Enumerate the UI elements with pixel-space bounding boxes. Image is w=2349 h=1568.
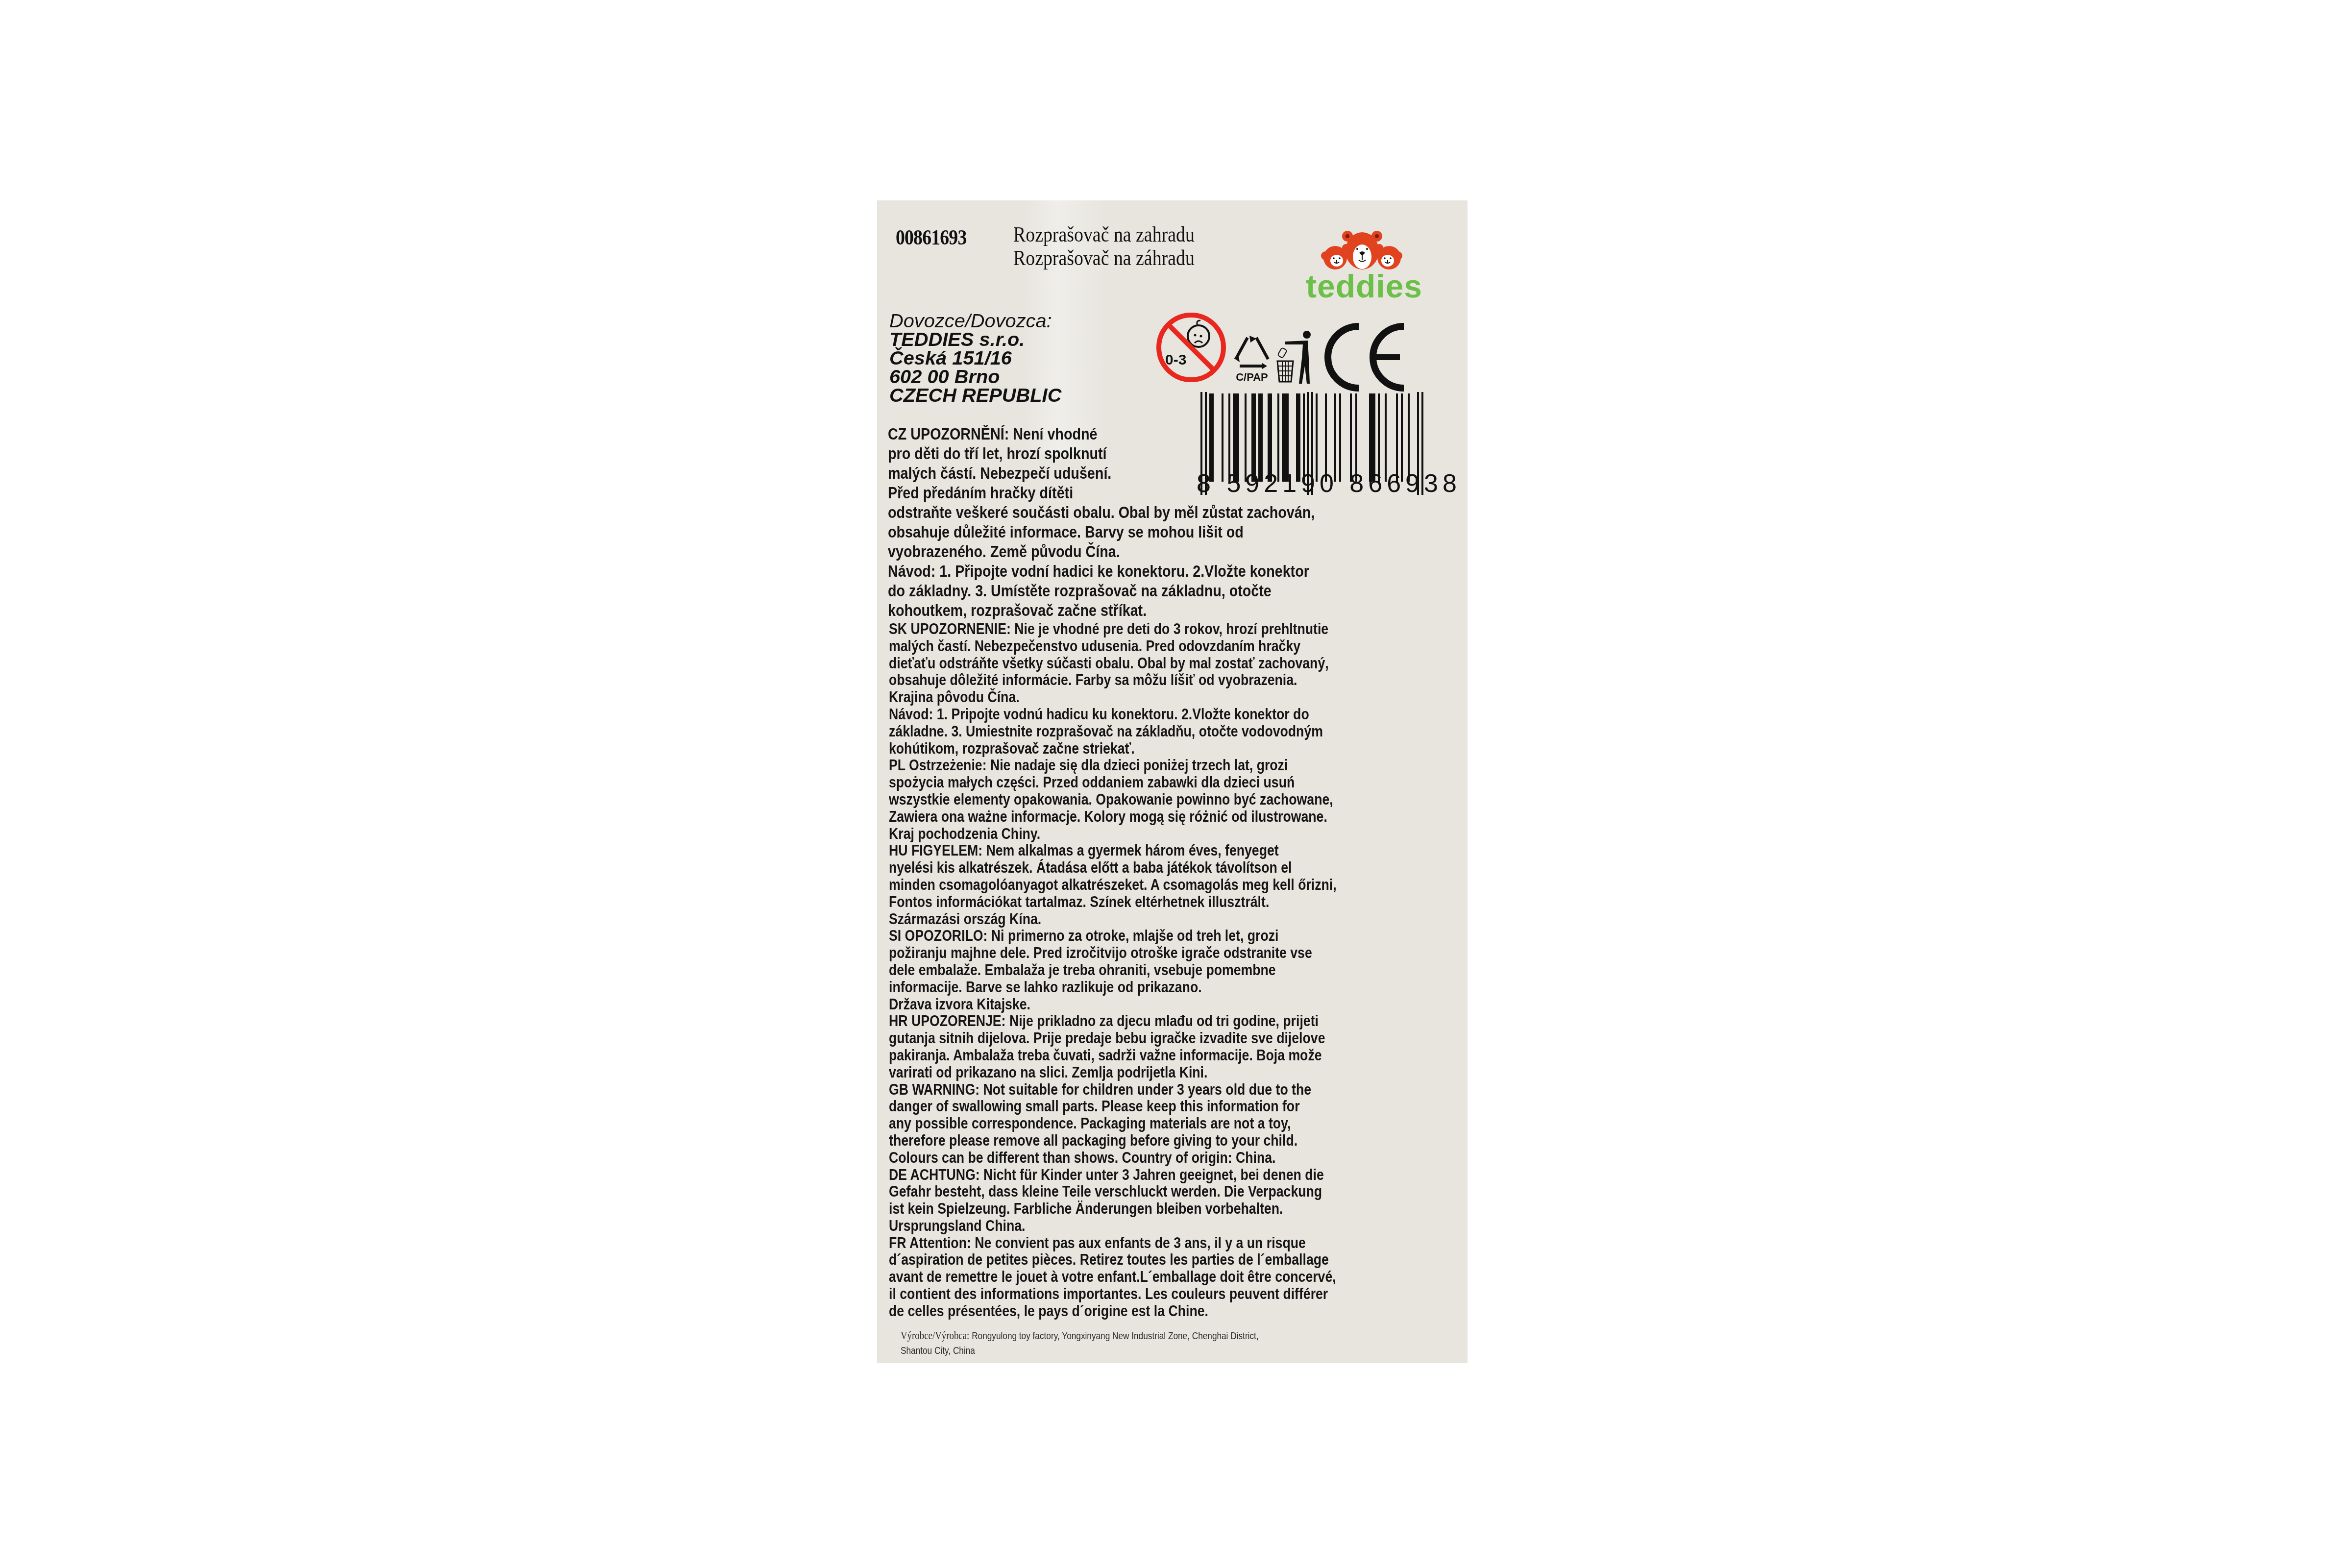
text-line: kohoutkem, rozprašovač začne stříkat. [888,601,1315,620]
text-line: dieťaťu odstráňte všetky súčasti obalu. … [889,655,1337,672]
manufacturer-info: Výrobce/Výrobca: Rongyulong toy factory,… [901,1328,1259,1358]
text-line: Návod: 1. Pripojte vodnú hadicu ku konek… [889,706,1337,723]
text-line: any possible correspondence. Packaging m… [889,1115,1337,1132]
text-line: spożycia małych części. Przed oddaniem z… [889,774,1337,791]
manufacturer-line1: Rongyulong toy factory, Yongxinyang New … [972,1330,1258,1342]
manufacturer-label: Výrobce/Výrobca: [901,1329,969,1342]
text-line: GB WARNING: Not suitable for children un… [889,1081,1337,1099]
text-line: minden csomagolóanyagot alkatrészeket. A… [889,877,1337,894]
text-line: therefore please remove all packaging be… [889,1132,1337,1150]
text-line: danger of swallowing small parts. Please… [889,1098,1337,1115]
text-line: základne. 3. Umiestnite rozprašovač na z… [889,723,1337,740]
svg-text:C/PAP: C/PAP [1236,371,1268,383]
not-for-children-0-3-icon: 0-3 [1154,311,1228,384]
text-line: d´aspiration de petites pièces. Retirez … [889,1251,1337,1269]
ce-mark-icon [1321,320,1406,394]
text-line: DE ACHTUNG: Nicht für Kinder unter 3 Jah… [889,1167,1337,1184]
text-line: il contient des informations importantes… [889,1286,1337,1303]
tidyman-bin-icon [1276,329,1316,385]
text-line: HR UPOZORENJE: Nije prikladno za djecu m… [889,1013,1337,1030]
text-line: gutanja sitnih dijelova. Prije predaje b… [889,1030,1337,1047]
item-number: 00861693 [896,225,966,250]
text-line: HU FIGYELEM: Nem alkalmas a gyermek háro… [889,842,1337,859]
text-line: malých častí. Nebezpečenstvo udusenia. P… [889,638,1337,655]
text-line: Gefahr besteht, dass kleine Teile versch… [889,1183,1337,1200]
text-line: avant de remettre le jouet à votre enfan… [889,1269,1337,1286]
text-line: de celles présentées, le pays d´origine … [889,1303,1337,1320]
warning-text-multilang: SK UPOZORNENIE: Nie je vhodné pre deti d… [889,621,1409,1320]
text-line: kohútikom, rozprašovač začne striekať. [889,740,1337,758]
text-line: dele embalaže. Embalaža je treba ohranit… [889,962,1337,979]
text-line: varirati od prikazano na slici. Zemlja p… [889,1064,1337,1081]
text-line: požiranju majhne dele. Pred izročitvijo … [889,945,1337,962]
text-line: pakiranja. Ambalaža treba čuvati, sadrži… [889,1047,1337,1064]
text-line: Zawiera ona ważne informacje. Kolory mog… [889,808,1337,826]
text-line: FR Attention: Ne convient pas aux enfant… [889,1235,1337,1252]
text-line: SI OPOZORILO: Ni primerno za otroke, mla… [889,928,1337,945]
text-line: informacije. Barve se lahko razlikuje od… [889,979,1337,996]
text-line: nyelési kis alkatrészek. Átadása előtt a… [889,859,1337,877]
text-line: Fontos információkat tartalmaz. Színek e… [889,894,1337,911]
importer-country: CZECH REPUBLIC [889,387,1061,405]
text-line: Kraj pochodzenia Chiny. [889,826,1337,843]
text-line: SK UPOZORNENIE: Nie je vhodné pre deti d… [889,621,1337,638]
importer-address: Dovozce/Dovozca: TEDDIES s.r.o. Česká 15… [889,312,1061,405]
text-line: Država izvora Kitajske. [889,996,1337,1013]
text-line: Ursprungsland China. [889,1218,1337,1235]
manufacturer-line2: Shantou City, China [901,1344,1259,1358]
text-line: Colours can be different than shows. Cou… [889,1150,1337,1167]
text-line: Před předáním hračky dítěti [888,483,1315,503]
text-line: PL Ostrzeżenie: Nie nadaje się dla dziec… [889,757,1337,774]
text-line: CZ UPOZORNĚNÍ: Není vhodné [888,424,1315,444]
importer-company: TEDDIES s.r.o. [889,331,1061,349]
warning-text-cz: CZ UPOZORNĚNÍ: Není vhodné pro děti do t… [888,424,1378,620]
three-bears-icon [1306,227,1419,271]
product-name-sk: Rozprašovač na záhradu [1013,245,1195,270]
text-line: odstraňte veškeré součásti obalu. Obal b… [888,503,1315,522]
svg-text:0-3: 0-3 [1165,352,1186,368]
logo-text: teddies [1306,268,1419,305]
text-line: Származási ország Kína. [889,911,1337,928]
text-line: obsahuje dôležité informácie. Farby sa m… [889,672,1337,689]
product-name-cz: Rozprašovač na zahradu [1013,222,1195,247]
importer-label: Dovozce/Dovozca: [889,312,1061,331]
text-line: wszystkie elementy opakowania. Opakowani… [889,791,1337,808]
product-label: 00861693 Rozprašovač na zahradu Rozprašo… [877,200,1468,1363]
importer-street: Česká 151/16 [889,349,1061,368]
teddies-logo: teddies [1306,227,1419,301]
text-line: do základny. 3. Umístěte rozprašovač na … [888,581,1315,601]
text-line: ist kein Spielzeung. Farbliche Änderunge… [889,1200,1337,1218]
text-line: pro děti do tří let, hrozí spolknutí [888,444,1315,464]
text-line: obsahuje důležité informace. Barvy se mo… [888,522,1315,542]
text-line: Návod: 1. Připojte vodní hadici ke konek… [888,562,1315,581]
text-line: vyobrazeného. Země původu Čína. [888,542,1315,562]
recycle-triangle-icon: C/PAP [1230,334,1274,383]
importer-city: 602 00 Brno [889,368,1061,387]
text-line: malých částí. Nebezpečí udušení. [888,464,1315,483]
text-line: Krajina pôvodu Čína. [889,689,1337,706]
